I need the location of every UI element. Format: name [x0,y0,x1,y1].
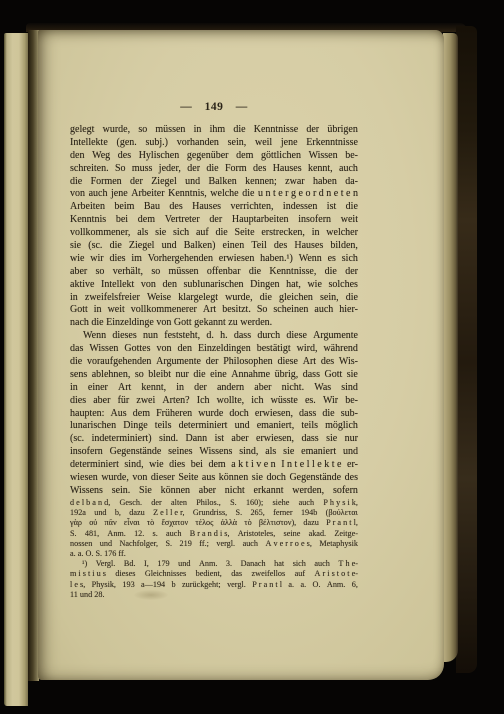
text-line: lunarischenDingeteilsdeterminiertundeman… [70,420,358,433]
scanned-book-photo: — 149 — gelegtwurde,somüsseninihmdieKenn… [0,0,504,714]
footnotes-block: d e l b a n d,Gesch.deraltenPhilos.,S.16… [70,498,358,600]
text-line: 192aundb,dazuZ e l l e r,Grundriss,S.265… [70,508,358,518]
text-line: dasWissenGottesvondenEinzeldingenbestäti… [70,343,358,356]
text-line: Wenndiesesnunfeststeht,d.h.dassdurchdies… [70,330,358,343]
text-line: insofernGegenständeseinesWissenssind,als… [70,446,358,459]
text-line: ¹)Vergl.Bd.I,179undAnm.3.Danachhatsichau… [70,559,358,569]
paragraph: d e l b a n d,Gesch.deraltenPhilos.,S.16… [70,498,358,559]
text-line: Wissenssein.Siekönnenabernichterkanntwer… [70,485,358,498]
text-line: haupten:AusdemFrüherenwurdedocherwiesen,… [70,408,358,421]
text-line: determiniertsind,wiediesbeidema k t i v … [70,459,358,472]
right-fore-edge [443,33,458,662]
text-line: wiesenwurde,vondieserSeiteauskönnensiedo… [70,472,358,485]
text-line: m i s t i u sdiesesGleichnissesbedient,d… [70,569,358,579]
text-line: sie(sc.dieZiegelundBalken)einenTeildesHa… [70,240,358,253]
text-line: γὰροὐπᾶνεἶναιτὸἔσχατοντέλοςἀλλὰτὸβέλτιστ… [70,518,358,528]
text-line: S.481,Anm.12.s.auchB r a n d i s,Aristot… [70,529,358,539]
text-line: GottinweitvollkommenererArtbesitzt.Sosch… [70,304,358,317]
text-line: 11 und 28. [70,590,358,600]
text-line: sensablehnen,sobleibtnurdieeineAnnahmeüb… [70,369,358,382]
text-line: gelegtwurde,somüsseninihmdieKenntnissede… [70,124,358,137]
text-line: dievoraufgehendenArgumentederPhilosophen… [70,356,358,369]
text-line: inzweifelsfreierWeiseklargelegtwurde,die… [70,292,358,305]
text-line: l e s,Physik,193a—194bzurückgeht;vergl.P… [70,580,358,590]
text-line: d e l b a n d,Gesch.deraltenPhilos.,S.16… [70,498,358,508]
text-line: diesaberfürzweiArten?Ichwollte,ichwüsste… [70,395,358,408]
text-line: abersoverhält,somüssenoffenbardieKenntni… [70,266,358,279]
right-cover-edge [456,26,477,673]
text-line: wiewirdiesimVorhergehendenerwiesenhaben.… [70,253,358,266]
text-line: KenntnisbeidemVertreterderHauptarbeiteni… [70,214,358,227]
text-line: (sc.indeterminiert)sind.Dannistabererwie… [70,433,358,446]
main-text-block: gelegtwurde,somüsseninihmdieKenntnissede… [70,124,358,498]
text-line: Intellekte(gen.subj.)vorhandensein,weilj… [70,137,358,150]
text-line: nossenundNachfolger,S.219ff.;vergl.auchA… [70,539,358,549]
text-line: ArbeitenbeimBaudesHausesverrichten,indes… [70,201,358,214]
text-line: schreiten.Somussjeder,derdieFormdesHause… [70,163,358,176]
text-line: a. a. O. S. 176 ff. [70,549,358,559]
text-line: vonauchjeneArbeiterKenntnis,welchedieu n… [70,188,358,201]
paragraph: ¹)Vergl.Bd.I,179undAnm.3.Danachhatsichau… [70,559,358,600]
text-line: aktiveIntellektvondensublunarischenDinge… [70,279,358,292]
paragraph: Wenndiesesnunfeststeht,d.h.dassdurchdies… [70,330,358,498]
text-line: ineinerArtkennt,inderandernabernicht.Was… [70,382,358,395]
left-page-stack-edge [4,33,28,706]
page-number: — 149 — [70,101,358,114]
text-line: dieFormenderZiegelundBalkenkennen;zwarha… [70,176,358,189]
text-line: vollkommener,alssiesichaufdieSeiteerstre… [70,227,358,240]
book-page: — 149 — gelegtwurde,somüsseninihmdieKenn… [38,30,444,680]
text-line: denWegdesHylischengegenüberdemgöttlichen… [70,150,358,163]
paragraph: gelegtwurde,somüsseninihmdieKenntnissede… [70,124,358,330]
text-line: nach die Einzeldinge von Gott gekannt zu… [70,317,358,330]
